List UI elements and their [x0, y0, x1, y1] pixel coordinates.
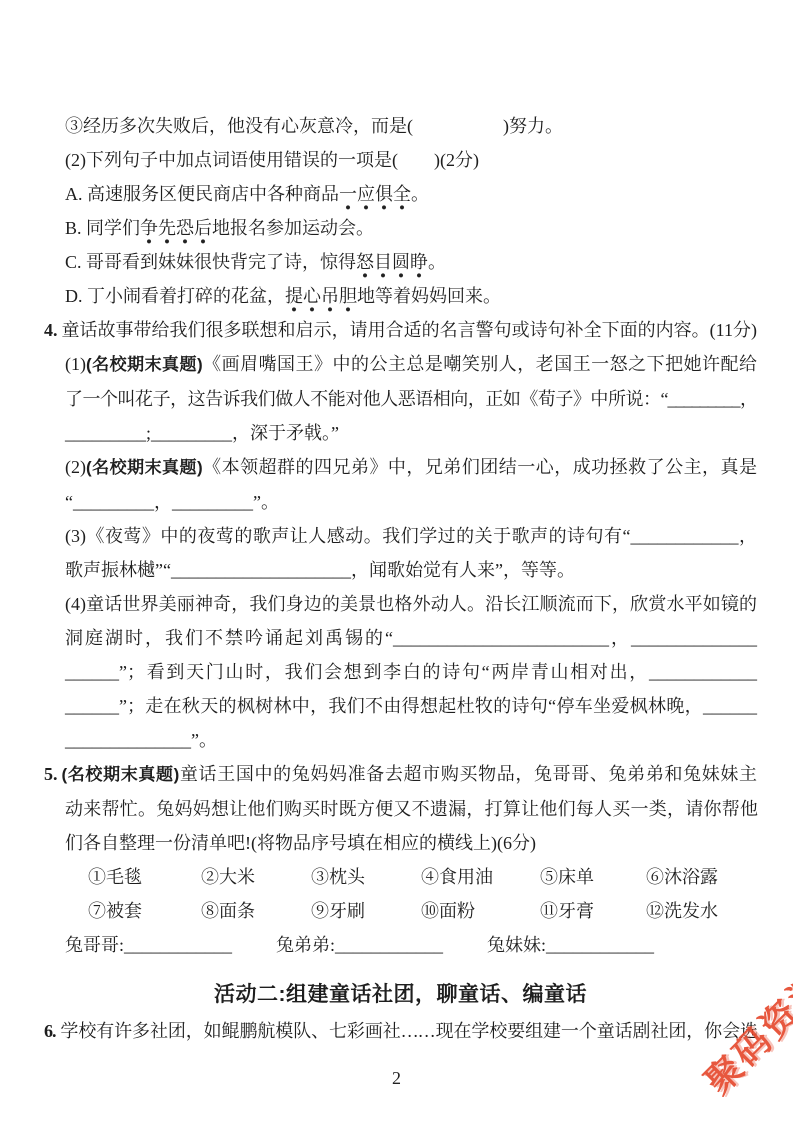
option-a-post: 。: [411, 184, 429, 204]
activity2-heading: 活动二:组建童话社团，聊童话、编童话: [44, 978, 757, 1012]
option-a-pre: A. 高速服务区便民商店中各种商品: [65, 184, 339, 204]
q6-line1: 6.学校有许多社团，如鲲鹏航模队、七彩画社……现在学校要组建一个童话剧社团，你会…: [44, 1014, 757, 1048]
q4-sub2-text: 《本领超群的四兄弟》中，兄弟们团结一心，成功拯救了公主，真是: [203, 457, 757, 477]
rabbit-answer-row: 兔哥哥:____________ 兔弟弟:____________ 兔妹妹:__…: [65, 928, 793, 962]
q4-sub3-text: 《夜莺》中的夜莺的歌声让人感动。我们学过的关于歌声的诗句有“__________…: [86, 526, 757, 546]
q4-sub4-label: (4): [65, 594, 86, 614]
q4-stem: 4.童话故事带给我们很多联想和启示，请用合适的名言警句或诗句补全下面的内容。(1…: [44, 313, 757, 347]
item-7: ⑦被套: [88, 894, 201, 928]
q4-sub4-text: 童话世界美丽神奇，我们身边的美景也格外动人。沿长江顺流而下，欣赏水平如镜的: [86, 594, 757, 614]
option-d-emphasized: 提心吊胆: [285, 286, 357, 313]
q5-line2: 动来帮忙。兔妈妈想让他们购买时既方便又不遗漏，打算让他们每人买一类，请你帮他: [65, 792, 757, 826]
item-5: ⑤床单: [540, 860, 646, 894]
option-a: A. 高速服务区便民商店中各种商品一应俱全。: [65, 177, 757, 211]
q4-number: 4.: [44, 320, 62, 340]
q4-sub3-label: (3): [65, 526, 86, 546]
option-d-pre: D. 丁小闹看着打碎的花盆，: [65, 286, 285, 306]
q4-sub2-label: (2): [65, 457, 86, 477]
option-b-emphasized: 争先恐后: [140, 218, 212, 245]
item-8: ⑧面条: [201, 894, 311, 928]
option-c-pre: C. 哥哥看到妹妹很快背完了诗，惊得: [65, 252, 356, 272]
option-a-emphasized: 一应俱全: [339, 184, 411, 211]
option-d: D. 丁小闹看着打碎的花盆，提心吊胆地等着妈妈回来。: [65, 279, 757, 313]
item-list-row-2: ⑦被套 ⑧面条 ⑨牙刷 ⑩面粉 ⑪牙膏 ⑫洗发水: [88, 894, 740, 928]
q4-sub3-line1: (3)《夜莺》中的夜莺的歌声让人感动。我们学过的关于歌声的诗句有“_______…: [65, 519, 757, 553]
option-b: B. 同学们争先恐后地报名参加运动会。: [65, 211, 757, 245]
answer-label: 兔妹妹:: [487, 935, 546, 955]
q6-line1-text: 学校有许多社团，如鲲鹏航模队、七彩画社……现在学校要组建一个童话剧社团，你会选: [60, 1021, 758, 1041]
q4-sub4-line2: 洞庭湖时，我们不禁吟诵起刘禹锡的“_______________________…: [65, 621, 757, 655]
exam-page: ③经历多次失败后，他没有心灰意冷，而是( )努力。 (2)下列句子中加点词语使用…: [0, 0, 793, 1048]
q5-line1-text: 童话王国中的兔妈妈准备去超市购买物品，兔哥哥、兔弟弟和兔妹妹主: [179, 764, 757, 784]
item-3: ③枕头: [311, 860, 421, 894]
exam-source-tag: (名校期末真题): [62, 765, 180, 784]
item-list-row-1: ①毛毯 ②大米 ③枕头 ④食用油 ⑤床单 ⑥沐浴露: [88, 860, 740, 894]
q5-number: 5.: [44, 764, 62, 784]
item-11: ⑪牙膏: [540, 894, 646, 928]
answer-label: 兔哥哥:: [65, 935, 124, 955]
option-c: C. 哥哥看到妹妹很快背完了诗，惊得怒目圆睁。: [65, 245, 757, 279]
q4-stem-text: 童话故事带给我们很多联想和启示，请用合适的名言警句或诗句补全下面的内容。(11分…: [62, 320, 758, 340]
q4-sub1-text: 《画眉嘴国王》中的公主总是嘲笑别人，老国王一怒之下把她许配给: [203, 354, 757, 374]
page-number: 2: [0, 1068, 793, 1089]
item-10: ⑩面粉: [421, 894, 540, 928]
q4-sub4-line5: ______________”。: [65, 723, 757, 757]
answer-blank: ____________: [546, 935, 654, 955]
answer-label: 兔弟弟:: [276, 935, 335, 955]
q3-sub2-stem: (2)下列句子中加点词语使用错误的一项是( )(2分): [65, 143, 757, 177]
answer-slot-sister: 兔妹妹:____________: [487, 928, 654, 962]
q6-number: 6.: [44, 1021, 60, 1041]
item-1: ①毛毯: [88, 860, 201, 894]
item-12: ⑫洗发水: [646, 894, 740, 928]
q4-sub3-line2: 歌声振林樾”“____________________，闻歌始觉有人来”，等等。: [65, 553, 757, 587]
q4-sub2-line2: “_________，_________”。: [65, 485, 757, 519]
option-b-pre: B. 同学们: [65, 218, 140, 238]
q5-line1: 5.(名校期末真题)童话王国中的兔妈妈准备去超市购买物品，兔哥哥、兔弟弟和兔妹妹…: [44, 757, 757, 792]
answer-slot-brother: 兔哥哥:____________: [65, 928, 232, 962]
option-b-post: 地报名参加运动会。: [212, 218, 374, 238]
q4-sub4-line4: ______”；走在秋天的枫树林中，我们不由得想起杜牧的诗句“停车坐爱枫林晚，_…: [65, 689, 757, 723]
q5-line3: 们各自整理一份清单吧!(将物品序号填在相应的横线上)(6分): [65, 826, 757, 860]
q4-sub4-line1: (4)童话世界美丽神奇，我们身边的美景也格外动人。沿长江顺流而下，欣赏水平如镜的: [65, 587, 757, 621]
q4-sub1-line2: 了一个叫花子，这告诉我们做人不能对他人恶语相向，正如《荀子》中所说：“_____…: [65, 382, 757, 416]
q4-sub1-line3: _________;_________，深于矛戟。”: [65, 416, 757, 450]
q4-sub4-line3: ______”；看到天门山时，我们会想到李白的诗句“两岸青山相对出，______…: [65, 655, 757, 689]
option-c-emphasized: 怒目圆睁: [356, 252, 428, 279]
item-6: ⑥沐浴露: [646, 860, 740, 894]
answer-blank: ____________: [335, 935, 443, 955]
option-d-post: 地等着妈妈回来。: [357, 286, 501, 306]
answer-slot-younger-brother: 兔弟弟:____________: [276, 928, 443, 962]
q4-sub1-label: (1): [65, 354, 86, 374]
answer-blank: ____________: [124, 935, 232, 955]
q4-sub1-line1: (1)(名校期末真题)《画眉嘴国王》中的公主总是嘲笑别人，老国王一怒之下把她许配…: [65, 347, 757, 382]
item-4: ④食用油: [421, 860, 540, 894]
item-9: ⑨牙刷: [311, 894, 421, 928]
item-2: ②大米: [201, 860, 311, 894]
exam-source-tag: (名校期末真题): [86, 355, 203, 374]
exam-source-tag: (名校期末真题): [86, 458, 203, 477]
option-c-post: 。: [428, 252, 446, 272]
q4-sub2-line1: (2)(名校期末真题)《本领超群的四兄弟》中，兄弟们团结一心，成功拯救了公主，真…: [65, 450, 757, 485]
fill-blank-item-3: ③经历多次失败后，他没有心灰意冷，而是( )努力。: [65, 109, 757, 143]
